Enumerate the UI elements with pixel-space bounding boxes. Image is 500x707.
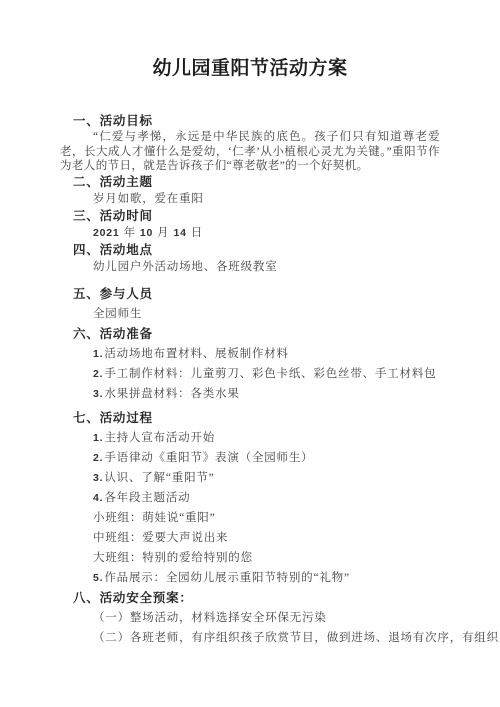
item-text: 各年段主题活动 [104,492,190,504]
item-number: 2. [93,368,103,380]
process-item-junior-group: 小班组：萌娃说“重阳” [60,508,440,528]
document-page: 幼儿园重阳节活动方案 一、活动目标 “仁爱与孝悌，永远是中华民族的底色。孩子们只… [0,0,500,707]
section-heading-goals: 一、活动目标 [60,113,440,130]
process-item: 3.认识、了解“重阳节” [60,468,440,488]
process-item-middle-group: 中班组：爱要大声说出来 [60,528,440,548]
process-item: 4.各年段主题活动 [60,488,440,508]
item-text: （一）整场活动，材料选择安全环保无污染 [93,612,327,624]
section-heading-time: 三、活动时间 [60,208,440,225]
item-text: 大班组：特别的爱给特别的您 [93,552,253,564]
process-item: 1.主持人宣布活动开始 [60,428,440,448]
item-number: 2. [93,452,103,464]
section-heading-process: 七、活动过程 [60,408,440,428]
activity-date: 2021年10月14日 [60,225,440,242]
preparation-item: 2.手工制作材料：儿童剪刀、彩色卡纸、彩色丝带、手工材料包 [60,364,440,384]
item-text: 认识、了解“重阳节” [104,472,214,484]
date-month-unit: 月 [157,227,169,239]
item-text: 水果拼盘材料：各类水果 [104,388,239,400]
goals-paragraph: “仁爱与孝悌，永远是中华民族的底色。孩子们只有知道尊老爱老，长大成人才懂什么是爱… [60,130,440,174]
location-text: 幼儿园户外活动场地、各班级教室 [60,259,440,276]
safety-item: （一）整场活动，材料选择安全环保无污染 [60,608,440,628]
item-text: 活动场地布置材料、展板制作材料 [104,348,289,360]
item-number: 1. [93,432,103,444]
process-item-senior-group: 大班组：特别的爱给特别的您 [60,548,440,568]
item-number: 4. [93,492,103,504]
item-text: 手语律动《重阳节》表演（全园师生） [104,452,313,464]
item-text: 主持人宣布活动开始 [104,432,215,444]
section-heading-safety: 八、活动安全预案： [60,588,440,608]
process-item: 2.手语律动《重阳节》表演（全园师生） [60,448,440,468]
date-year-unit: 年 [124,227,136,239]
section-heading-location: 四、活动地点 [60,242,440,259]
item-text: 作品展示：全园幼儿展示重阳节特别的“礼物” [104,572,350,584]
preparation-item: 1.活动场地布置材料、展板制作材料 [60,344,440,364]
theme-text: 岁月如歌，爱在重阳 [60,191,440,208]
section-heading-participants: 五、参与人员 [60,284,440,304]
item-number: 5. [93,572,103,584]
item-number: 3. [93,472,103,484]
date-day: 14 [173,227,186,239]
section-heading-theme: 二、活动主题 [60,174,440,191]
date-month: 10 [140,227,153,239]
item-text: 中班组：爱要大声说出来 [93,532,228,544]
date-year: 2021 [93,227,120,239]
safety-item: （二）各班老师，有序组织孩子欣赏节目，做到进场、退场有次序，有组织 [60,628,440,648]
item-text: （二）各班老师，有序组织孩子欣赏节目，做到进场、退场有次序，有组织 [93,632,499,644]
date-day-unit: 日 [191,227,203,239]
document-title: 幼儿园重阳节活动方案 [0,0,500,83]
document-body: 一、活动目标 “仁爱与孝悌，永远是中华民族的底色。孩子们只有知道尊老爱老，长大成… [60,113,440,648]
item-text: 手工制作材料：儿童剪刀、彩色卡纸、彩色丝带、手工材料包 [104,368,436,380]
preparation-item: 3.水果拼盘材料：各类水果 [60,384,440,404]
item-number: 3. [93,388,103,400]
section-heading-preparation: 六、活动准备 [60,324,440,344]
item-number: 1. [93,348,103,360]
item-text: 小班组：萌娃说“重阳” [93,512,216,524]
process-item: 5.作品展示：全园幼儿展示重阳节特别的“礼物” [60,568,440,588]
participants-text: 全园师生 [60,304,440,324]
